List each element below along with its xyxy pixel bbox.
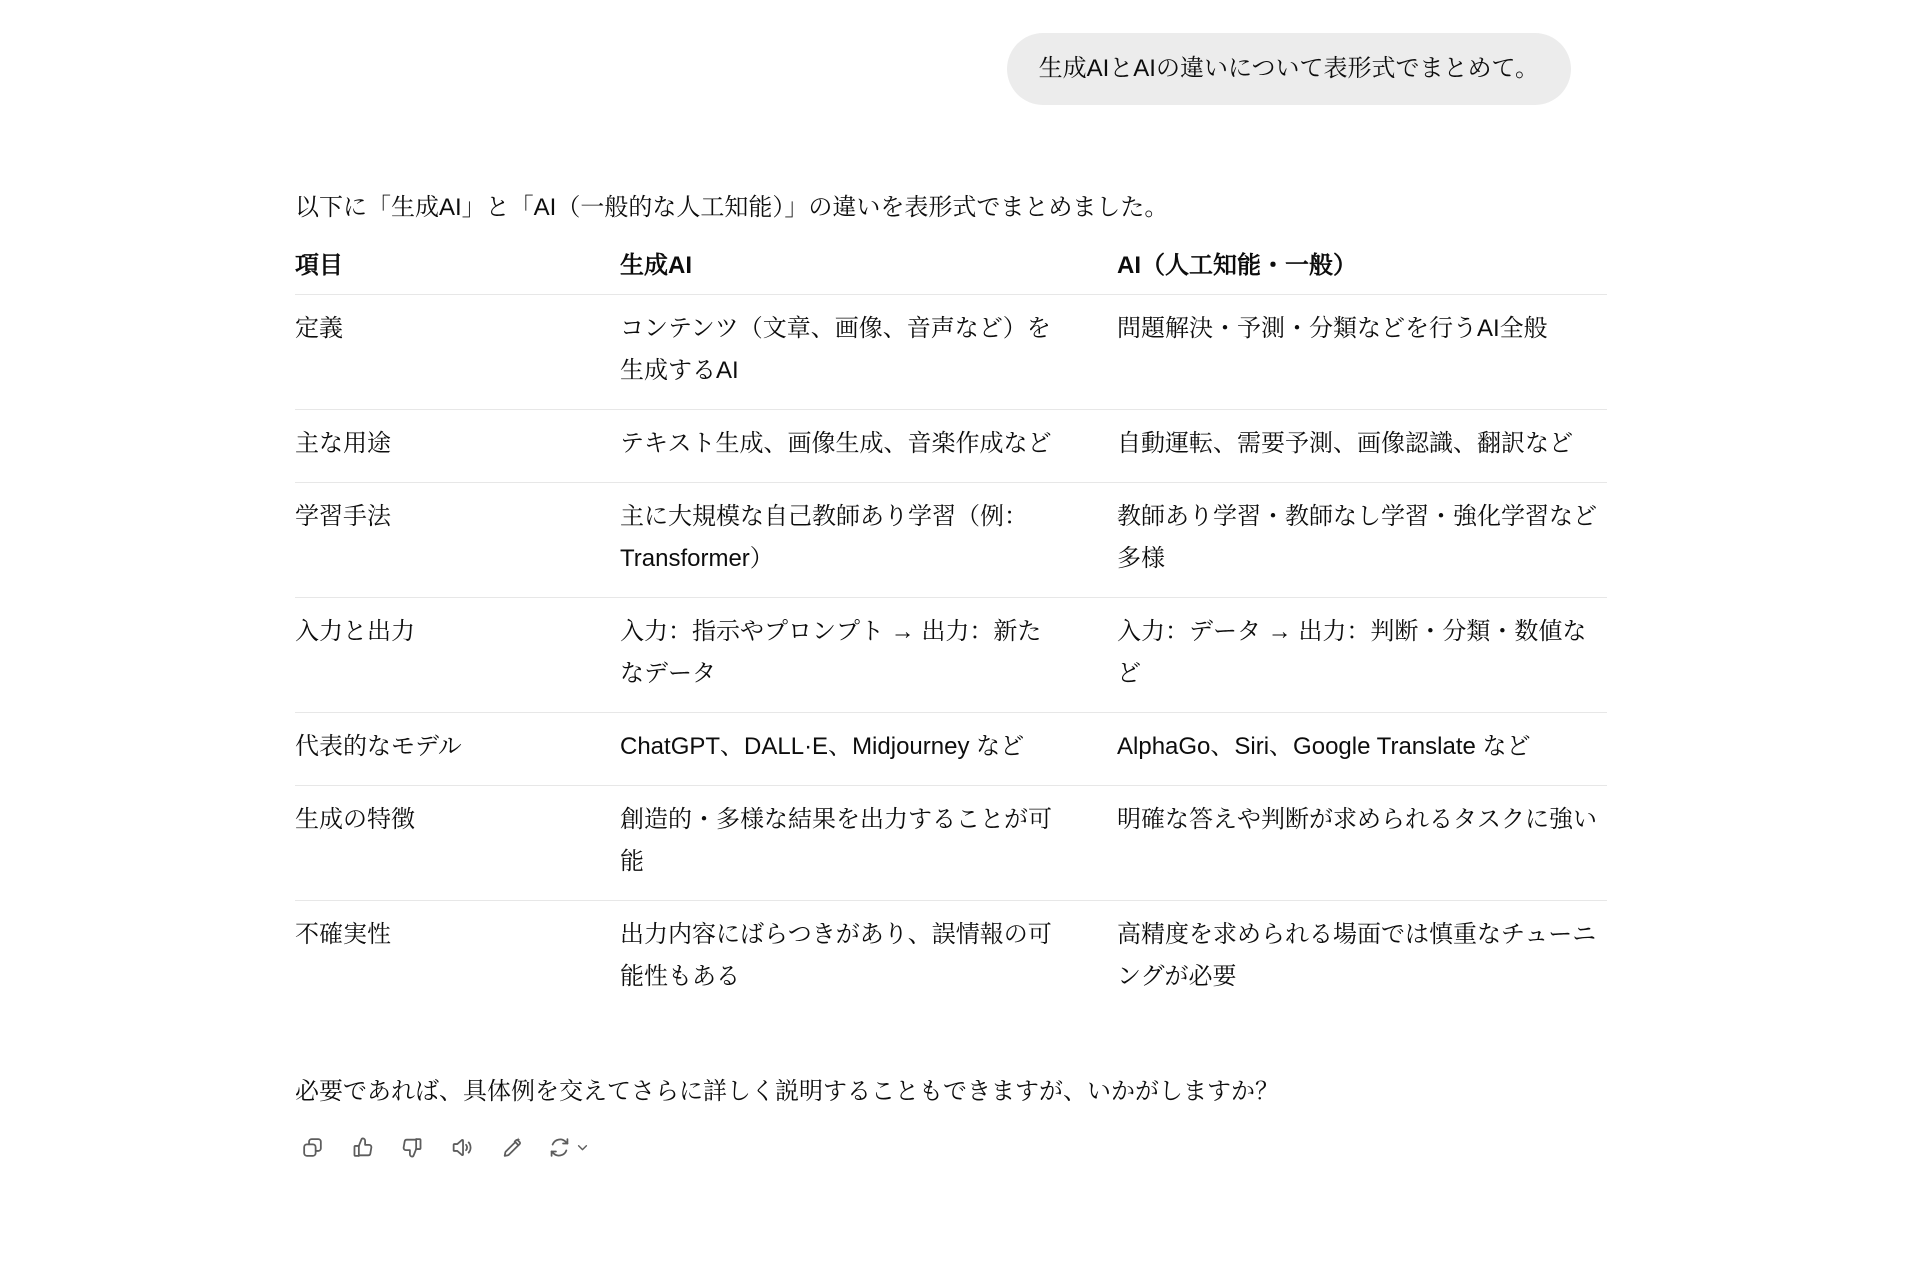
table-cell: 入力と出力: [295, 598, 620, 713]
table-cell: 代表的なモデル: [295, 713, 620, 786]
refresh-icon: [547, 1135, 572, 1160]
table-cell: コンテンツ（文章、画像、音声など）を生成するAI: [620, 295, 1117, 410]
table-cell: 出力内容にばらつきがあり、誤情報の可能性もある: [620, 901, 1117, 1016]
table-cell: ChatGPT、DALL·E、Midjourney など: [620, 713, 1117, 786]
user-message-text: 生成AIとAIの違いについて表形式でまとめて。: [1039, 55, 1539, 82]
copy-button[interactable]: [295, 1130, 329, 1164]
thumbs-up-icon: [350, 1135, 375, 1160]
table-row-generation-traits: 生成の特徴 創造的・多様な結果を出力することが可能 明確な答えや判断が求められる…: [295, 786, 1607, 901]
table-cell: 主に大規模な自己教師あり学習（例：Transformer）: [620, 483, 1117, 598]
thumbs-up-button[interactable]: [345, 1130, 379, 1164]
assistant-closing-text: 必要であれば、具体例を交えてさらに詳しく説明することもできますが、いかがしますか…: [295, 1075, 1607, 1108]
table-cell: 主な用途: [295, 410, 620, 483]
table-row-input-output: 入力と出力 入力：指示やプロンプト → 出力：新たなデータ 入力：データ → 出…: [295, 598, 1607, 713]
thumbs-down-button[interactable]: [395, 1130, 429, 1164]
table-header-general-ai: AI（人工知能・一般）: [1117, 242, 1607, 295]
table-row-representative-models: 代表的なモデル ChatGPT、DALL·E、Midjourney など Alp…: [295, 713, 1607, 786]
assistant-intro-text: 以下に「生成AI」と「AI（一般的な人工知能）」の違いを表形式でまとめました。: [295, 191, 1607, 224]
user-message-bubble: 生成AIとAIの違いについて表形式でまとめて。: [1007, 33, 1571, 105]
assistant-message: 以下に「生成AI」と「AI（一般的な人工知能）」の違いを表形式でまとめました。 …: [295, 191, 1607, 1164]
edit-button[interactable]: [495, 1130, 529, 1164]
table-row-learning-method: 学習手法 主に大規模な自己教師あり学習（例：Transformer） 教師あり学…: [295, 483, 1607, 598]
chevron-down-icon: [574, 1139, 591, 1156]
speaker-icon: [450, 1135, 475, 1160]
edit-pencil-icon: [500, 1135, 525, 1160]
table-row-definition: 定義 コンテンツ（文章、画像、音声など）を生成するAI 問題解決・予測・分類など…: [295, 295, 1607, 410]
table-cell: 自動運転、需要予測、画像認識、翻訳など: [1117, 410, 1607, 483]
table-cell: 問題解決・予測・分類などを行うAI全般: [1117, 295, 1607, 410]
read-aloud-button[interactable]: [445, 1130, 479, 1164]
chat-conversation: 生成AIとAIの違いについて表形式でまとめて。 以下に「生成AI」と「AI（一般…: [295, 0, 1607, 1164]
comparison-table: 項目 生成AI AI（人工知能・一般） 定義 コンテンツ（文章、画像、音声など）…: [295, 242, 1607, 1015]
regenerate-button[interactable]: [545, 1130, 593, 1164]
table-row-uncertainty: 不確実性 出力内容にばらつきがあり、誤情報の可能性もある 高精度を求められる場面…: [295, 901, 1607, 1016]
message-action-bar: [295, 1130, 1607, 1164]
table-header-generative-ai: 生成AI: [620, 242, 1117, 295]
table-cell: AlphaGo、Siri、Google Translate など: [1117, 713, 1607, 786]
table-row-main-uses: 主な用途 テキスト生成、画像生成、音楽作成など 自動運転、需要予測、画像認識、翻…: [295, 410, 1607, 483]
table-header-item: 項目: [295, 242, 620, 295]
table-cell: 明確な答えや判断が求められるタスクに強い: [1117, 786, 1607, 901]
thumbs-down-icon: [400, 1135, 425, 1160]
table-cell: 創造的・多様な結果を出力することが可能: [620, 786, 1117, 901]
table-cell: 定義: [295, 295, 620, 410]
table-header-row: 項目 生成AI AI（人工知能・一般）: [295, 242, 1607, 295]
table-cell: 学習手法: [295, 483, 620, 598]
table-cell: 生成の特徴: [295, 786, 620, 901]
table-cell: 高精度を求められる場面では慎重なチューニングが必要: [1117, 901, 1607, 1016]
table-cell: 不確実性: [295, 901, 620, 1016]
table-cell: 入力：データ → 出力：判断・分類・数値など: [1117, 598, 1607, 713]
table-cell: 入力：指示やプロンプト → 出力：新たなデータ: [620, 598, 1117, 713]
table-cell: 教師あり学習・教師なし学習・強化学習など多様: [1117, 483, 1607, 598]
user-message-row: 生成AIとAIの違いについて表形式でまとめて。: [295, 0, 1607, 105]
copy-icon: [300, 1135, 325, 1160]
table-cell: テキスト生成、画像生成、音楽作成など: [620, 410, 1117, 483]
